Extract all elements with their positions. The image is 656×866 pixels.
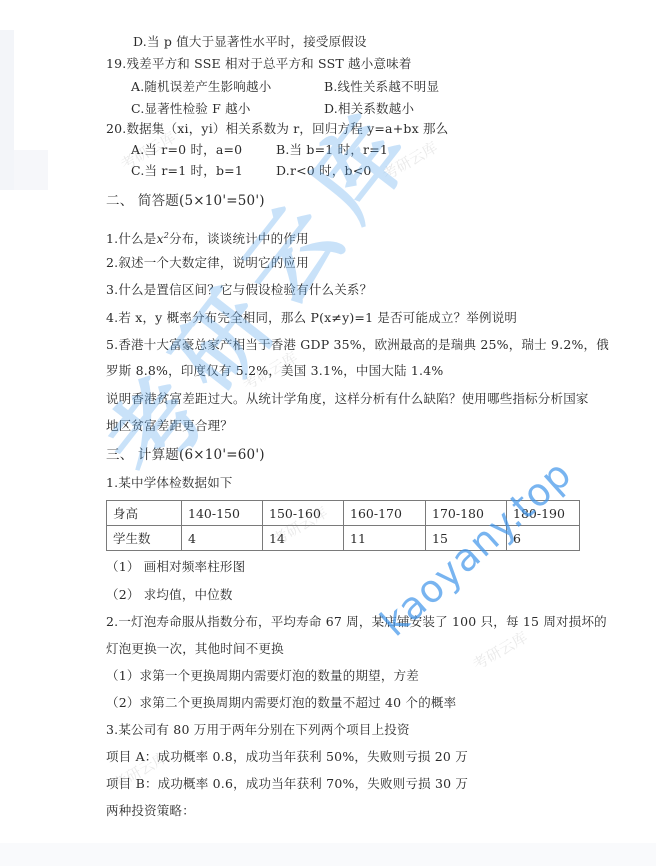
q18-option-d: D.当 p 值大于显著性水平时，接受原假设: [133, 34, 367, 50]
q20-stem: 20.数据集（xi，yi）相关系数为 r，回归方程 y=a+bx 那么: [106, 121, 448, 137]
table-cell: 160-170: [344, 501, 426, 526]
s2-question-2: 2.叙述一个大数定律，说明它的应用: [106, 255, 309, 271]
section-2-title: 二、 简答题(5×10'=50'): [106, 193, 265, 209]
s3-q1-sub2: （2） 求均值，中位数: [106, 587, 233, 603]
q19-option-a: A.随机误差产生影响越小: [131, 79, 271, 95]
s3-q1-stem: 1.某中学体检数据如下: [106, 475, 233, 491]
table-cell: 身高: [107, 501, 182, 526]
s2-q1-prefix: 1.什么是: [106, 231, 156, 246]
table-cell: 150-160: [263, 501, 344, 526]
q19-stem: 19.残差平方和 SSE 相对于总平方和 SST 越小意味着: [106, 56, 412, 72]
table-header-row: 身高 140-150 150-160 160-170 170-180 180-1…: [107, 501, 580, 526]
s3-q2-line2: 灯泡更换一次，其他时间不更换: [106, 641, 284, 657]
s2-question-1: 1.什么是x2分布，谈谈统计中的作用: [106, 228, 309, 247]
s2-question-4: 4.若 x，y 概率分布完全相同，那么 P(x≠y)=1 是否可能成立？举例说明: [106, 310, 517, 326]
table-cell: 4: [182, 526, 263, 551]
q19-option-c: C.显著性检验 F 越小: [131, 101, 251, 117]
q20-option-a: A.当 r=0 时，a=0: [131, 142, 242, 158]
table-cell: 180-190: [507, 501, 580, 526]
q20-option-b: B.当 b=1 时，r=1: [276, 142, 388, 158]
s3-q2-line1: 2.一灯泡寿命服从指数分布，平均寿命 67 周，某店铺安装了 100 只，每 1…: [106, 614, 607, 630]
q19-option-b: B.线性关系越不明显: [324, 79, 439, 95]
s3-q3-strategy: 两种投资策略：: [106, 803, 195, 819]
s2-question-5-line1: 5.香港十大富豪总家产相当于香港 GDP 35%，欧洲最高的是瑞典 25%，瑞士…: [106, 337, 609, 353]
exam-page: D.当 p 值大于显著性水平时，接受原假设 19.残差平方和 SSE 相对于总平…: [0, 0, 656, 866]
chi-symbol: x: [156, 231, 163, 246]
q20-option-d: D.r<0 时，b<0: [276, 163, 372, 179]
table-cell: 学生数: [107, 526, 182, 551]
s3-q2-sub1: （1）求第一个更换周期内需要灯泡的数量的期望，方差: [106, 668, 419, 684]
section-3-title: 三、 计算题(6×10'=60'): [106, 447, 265, 463]
table-cell: 140-150: [182, 501, 263, 526]
table-row: 学生数 4 14 11 15 6: [107, 526, 580, 551]
s2-q1-suffix: 分布，谈谈统计中的作用: [169, 231, 309, 246]
s3-q3-project-a: 项目 A：成功概率 0.8，成功当年获利 50%，失败则亏损 20 万: [106, 749, 468, 765]
s2-question-5-line2: 罗斯 8.8%，印度仅有 5.2%，美国 3.1%，中国大陆 1.4%: [106, 363, 443, 379]
s3-q3-line1: 3.某公司有 80 万用于两年分别在下列两个项目上投资: [106, 722, 410, 738]
s3-q1-sub1: （1） 画相对频率柱形图: [106, 559, 245, 575]
s2-question-5-line4: 地区贫富差距更合理？: [106, 418, 233, 434]
table-cell: 11: [344, 526, 426, 551]
table-cell: 6: [507, 526, 580, 551]
s2-question-3: 3.什么是置信区间？它与假设检验有什么关系？: [106, 282, 372, 298]
s2-question-5-line3: 说明香港贫富差距过大。从统计学角度，这样分析有什么缺陷？使用哪些指标分析国家: [106, 391, 589, 407]
height-data-table: 身高 140-150 150-160 160-170 170-180 180-1…: [106, 500, 580, 551]
table-cell: 15: [426, 526, 507, 551]
s3-q2-sub2: （2）求第二个更换周期内需要灯泡的数量不超过 40 个的概率: [106, 695, 456, 711]
table-cell: 170-180: [426, 501, 507, 526]
q19-option-d: D.相关系数越小: [324, 101, 414, 117]
table-cell: 14: [263, 526, 344, 551]
s3-q3-project-b: 项目 B：成功概率 0.6，成功当年获利 70%，失败则亏损 30 万: [106, 776, 468, 792]
q20-option-c: C.当 r=1 时，b=1: [131, 163, 243, 179]
